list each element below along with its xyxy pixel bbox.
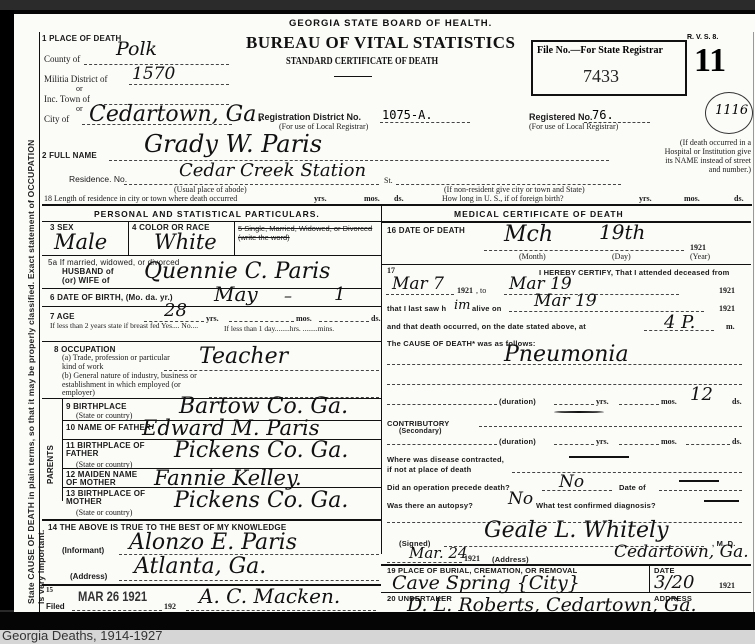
filed-line: [72, 610, 162, 611]
board-title: GEORGIA STATE BOARD OF HEALTH.: [289, 18, 492, 29]
rule: [42, 221, 381, 222]
residence-yrs-label: yrs.: [314, 194, 327, 203]
age-mos-label: mos.: [296, 314, 312, 323]
date-of-label: Date of: [619, 483, 646, 492]
dob-month: May: [214, 282, 258, 306]
duration-mos-line: [619, 404, 659, 405]
viewer-top-bar: [0, 0, 755, 10]
form-right-border: [753, 32, 754, 612]
city-label: City of: [44, 114, 69, 124]
sex-value: Male: [54, 230, 107, 254]
column-divider: [381, 204, 382, 554]
death-month: Mch: [504, 222, 553, 247]
mother-birthplace-sub: (State or country): [76, 508, 132, 517]
filed-stamp: MAR 26 1921: [78, 588, 147, 604]
signed-date: Mar. 24: [409, 544, 467, 562]
father-birthplace-label: 11 BIRTHPLACE OF FATHER: [66, 442, 146, 458]
mother-birthplace-value: Pickens Co. Ga.: [174, 488, 348, 513]
rule: [649, 564, 650, 592]
contributory-yrs-line: [554, 444, 594, 445]
month-caption: (Month): [519, 252, 546, 261]
nonresident-note: (If non-resident give city or town and S…: [444, 185, 585, 194]
age-ds-line: [319, 321, 369, 322]
signed-date-line: [387, 562, 462, 563]
circled-number-value: 1116: [715, 103, 748, 118]
death-year: 1921: [690, 243, 706, 252]
to-label: , to: [476, 286, 486, 295]
death-certificate-page: State CAUSE OF DEATH in plain terms, so …: [14, 14, 755, 612]
contributory-mos-label: mos.: [661, 437, 677, 446]
file-number: 7433: [583, 66, 619, 87]
dash-mark: [679, 480, 719, 482]
informant-label: (Informant): [62, 546, 104, 555]
address-value: Atlanta, Ga.: [134, 554, 266, 579]
rule: [42, 519, 381, 521]
where-contracted-1: Where was disease contracted,: [387, 455, 504, 464]
registrar-signature: A. C. Macken.: [199, 584, 340, 608]
death-date-line: [484, 250, 684, 251]
full-name-value: Grady W. Paris: [144, 130, 322, 158]
marital-status-label: 5 Single, Married, Widowed, or Divorced …: [238, 224, 378, 242]
attended-from: Mar 7: [392, 274, 444, 294]
attended-to-year: 1921: [719, 286, 735, 295]
age-mos-line: [229, 321, 294, 322]
death-time: 4 P.: [664, 312, 695, 333]
contributory-duration-label: (duration): [499, 437, 536, 446]
rule: [234, 221, 235, 255]
full-name-label: 2 FULL NAME: [42, 151, 97, 160]
rule: [42, 288, 381, 289]
length-of-residence-label: 18 Length of residence in city or town w…: [44, 194, 237, 203]
address-line: [119, 580, 379, 581]
operation-label: Did an operation precede death?: [387, 483, 510, 492]
rule: [128, 221, 129, 255]
or-label: or: [76, 104, 83, 113]
occupation-value: Teacher: [199, 344, 288, 369]
foreign-mos-label: mos.: [684, 194, 700, 203]
attended-from-year: 1921: [457, 286, 473, 295]
militia-value: 1570: [132, 64, 175, 84]
county-label: County of: [44, 54, 80, 64]
foreign-yrs-label: yrs.: [639, 194, 652, 203]
informant-value: Alonzo E. Paris: [129, 530, 297, 555]
rvs-label: R. V. S. 8.: [687, 34, 718, 41]
parents-label: PARENTS: [46, 445, 55, 484]
signed-year: 1921: [464, 554, 480, 563]
birthplace-label: 9 BIRTHPLACE: [66, 402, 127, 411]
rule: [381, 221, 751, 223]
last-saw-pronoun: im: [454, 298, 471, 313]
militia-label: Militia District of: [44, 74, 108, 84]
duration-yrs-line: [554, 404, 594, 405]
inc-town-label: Inc. Town of: [44, 94, 90, 104]
dob-label: 6 DATE OF BIRTH, (Mo. da. yr.): [50, 293, 173, 302]
rule: [42, 306, 381, 307]
duration-mos-label: mos.: [661, 397, 677, 406]
burial-date: 3/20: [654, 572, 694, 593]
place-of-death-label: 1 PLACE OF DEATH: [42, 34, 122, 43]
circled-number: 1116: [705, 92, 753, 134]
last-saw-date: Mar 19: [534, 291, 597, 311]
section-rule: [42, 204, 752, 206]
contributory-yrs-label: yrs.: [596, 437, 609, 446]
attended-from-line: [386, 294, 454, 295]
rule: [62, 398, 63, 501]
where-contracted-line: [512, 472, 742, 473]
hospital-note: (If death occurred in a Hospital or Inst…: [659, 138, 751, 174]
or-label: or: [76, 84, 83, 93]
collection-caption: Georgia Deaths, 1914-1927: [2, 628, 162, 643]
death-time-label: and that death occurred, on the date sta…: [387, 322, 586, 331]
operation-line: [542, 490, 612, 491]
birthplace-sub: (State or country): [76, 411, 132, 420]
where-contracted-2: if not at place of death: [387, 465, 471, 474]
rule: [381, 592, 751, 593]
last-saw-label: that I last saw h: [387, 304, 446, 313]
burial-place: Cave Spring {City}: [392, 572, 580, 594]
mother-birthplace-label: 13 BIRTHPLACE OF MOTHER: [66, 490, 146, 506]
autopsy-value: No: [508, 489, 533, 509]
county-value: Polk: [116, 38, 157, 60]
foreign-ds-label: ds.: [734, 194, 744, 203]
residence-line: [124, 184, 379, 185]
physician-address-label: (Address): [492, 555, 529, 564]
test-confirmed-label: What test confirmed diagnosis?: [536, 501, 656, 510]
side-instruction-line-1: State CAUSE OF DEATH in plain terms, so …: [26, 139, 36, 604]
filed-number: 15: [46, 586, 53, 594]
registrar-line: [186, 610, 376, 611]
contributory-sub: (Secondary): [399, 428, 442, 435]
residence-label: Residence. No.: [69, 174, 127, 184]
duration-ds-label: ds.: [732, 397, 742, 406]
contributory-line-2: [387, 444, 497, 445]
breast-fed-label: If less than 2 years state if breast fed…: [50, 322, 230, 330]
address-label: (Address): [70, 572, 107, 581]
registration-district-label: Registration District No.: [258, 112, 361, 122]
date-of-death-label: 16 DATE OF DEATH: [387, 226, 465, 235]
year-caption: (Year): [690, 252, 710, 261]
age-ds-label: ds.: [371, 314, 381, 323]
certificate-title: STANDARD CERTIFICATE OF DEATH: [286, 56, 438, 67]
dash-mark: [704, 500, 739, 502]
residence-mos-label: mos.: [364, 194, 380, 203]
form-left-border: [39, 32, 40, 612]
physician-address: Cedartown, Ga.: [614, 542, 749, 562]
militia-line: [129, 84, 229, 85]
bureau-title: BUREAU OF VITAL STATISTICS: [246, 33, 516, 53]
rule: [381, 264, 751, 265]
dob-day: 1: [334, 284, 345, 305]
race-value: White: [154, 230, 217, 254]
spouse-value: Quennie C. Paris: [144, 259, 330, 284]
registration-district-line: [380, 122, 470, 123]
physician-signature: Geale L. Whitely: [484, 518, 669, 543]
side-instruction-line-2: is very important.: [36, 530, 46, 604]
registered-no-value: 76.: [592, 108, 614, 122]
registered-no-label: Registered No.: [529, 112, 593, 122]
cause-line-3: [387, 404, 497, 405]
last-saw-year: 1921: [719, 304, 735, 313]
age-value: 28: [164, 300, 187, 321]
foreign-birth-label: How long in U. S., if of foreign birth?: [442, 194, 564, 203]
father-birthplace-value: Pickens Co. Ga.: [174, 438, 348, 463]
city-value: Cedartown, Ga.: [89, 102, 263, 127]
street-label: St.: [384, 176, 393, 185]
spouse-label-2: HUSBAND of: [62, 267, 114, 276]
title-rule: [334, 76, 372, 77]
registration-district-value: 1075-A.: [382, 108, 433, 122]
mother-label: 12 MAIDEN NAME OF MOTHER: [66, 471, 146, 487]
residence-ds-label: ds.: [394, 194, 404, 203]
cause-line-1: [387, 364, 742, 365]
spouse-label-3: (or) WIFE of: [62, 276, 110, 285]
death-day: 19th: [599, 220, 645, 244]
contributory-line: [479, 426, 742, 427]
duration-label: (duration): [499, 397, 536, 406]
contributory-ds-line: [686, 444, 730, 445]
rule: [42, 255, 381, 256]
dash-mark: [554, 411, 604, 413]
usual-abode-note: (Usual place of abode): [174, 185, 247, 194]
father-label: 10 NAME OF FATHER: [66, 423, 151, 432]
autopsy-label: Was there an autopsy?: [387, 501, 473, 510]
cause-line-2: [387, 384, 742, 385]
rule: [42, 341, 381, 342]
alive-on-label: alive on: [472, 304, 502, 313]
scan-left-edge: [0, 10, 14, 610]
less-than-day-label: If less than 1 day........hrs. ........m…: [224, 325, 379, 333]
contributory-label: CONTRIBUTORY: [387, 419, 449, 428]
duration-days-value: 12: [690, 384, 713, 405]
day-caption: (Day): [612, 252, 631, 261]
state-file-number-box: File No.—For State Registrar 7433: [531, 40, 687, 96]
contributory-mos-line: [619, 444, 659, 445]
filed-year-prefix: 192: [164, 602, 176, 611]
medical-section-title: MEDICAL CERTIFICATE OF DEATH: [454, 209, 624, 219]
father-value: Edward M. Paris: [142, 416, 320, 440]
age-label: 7 AGE: [50, 312, 75, 321]
operation-value: No: [559, 472, 584, 492]
contributory-ds-label: ds.: [732, 437, 742, 446]
side-instructions: State CAUSE OF DEATH in plain terms, so …: [10, 34, 40, 624]
duration-yrs-label: yrs.: [596, 397, 609, 406]
form-number: 11: [694, 44, 726, 78]
occupation-a-label: (a) Trade, profession or particular kind…: [62, 354, 182, 371]
registered-no-note: (For use of Local Registrar): [529, 122, 618, 131]
burial-year: 1921: [719, 581, 735, 590]
file-box-label: File No.—For State Registrar: [537, 45, 663, 56]
meridiem-label: m.: [726, 322, 735, 331]
personal-section-title: PERSONAL AND STATISTICAL PARTICULARS.: [94, 209, 320, 219]
date-of-line: [659, 490, 742, 491]
dob-dash: –: [284, 286, 292, 305]
filed-label: Filed: [46, 602, 65, 611]
residence-value: Cedar Creek Station: [179, 160, 366, 181]
dash-mark: [569, 456, 629, 458]
